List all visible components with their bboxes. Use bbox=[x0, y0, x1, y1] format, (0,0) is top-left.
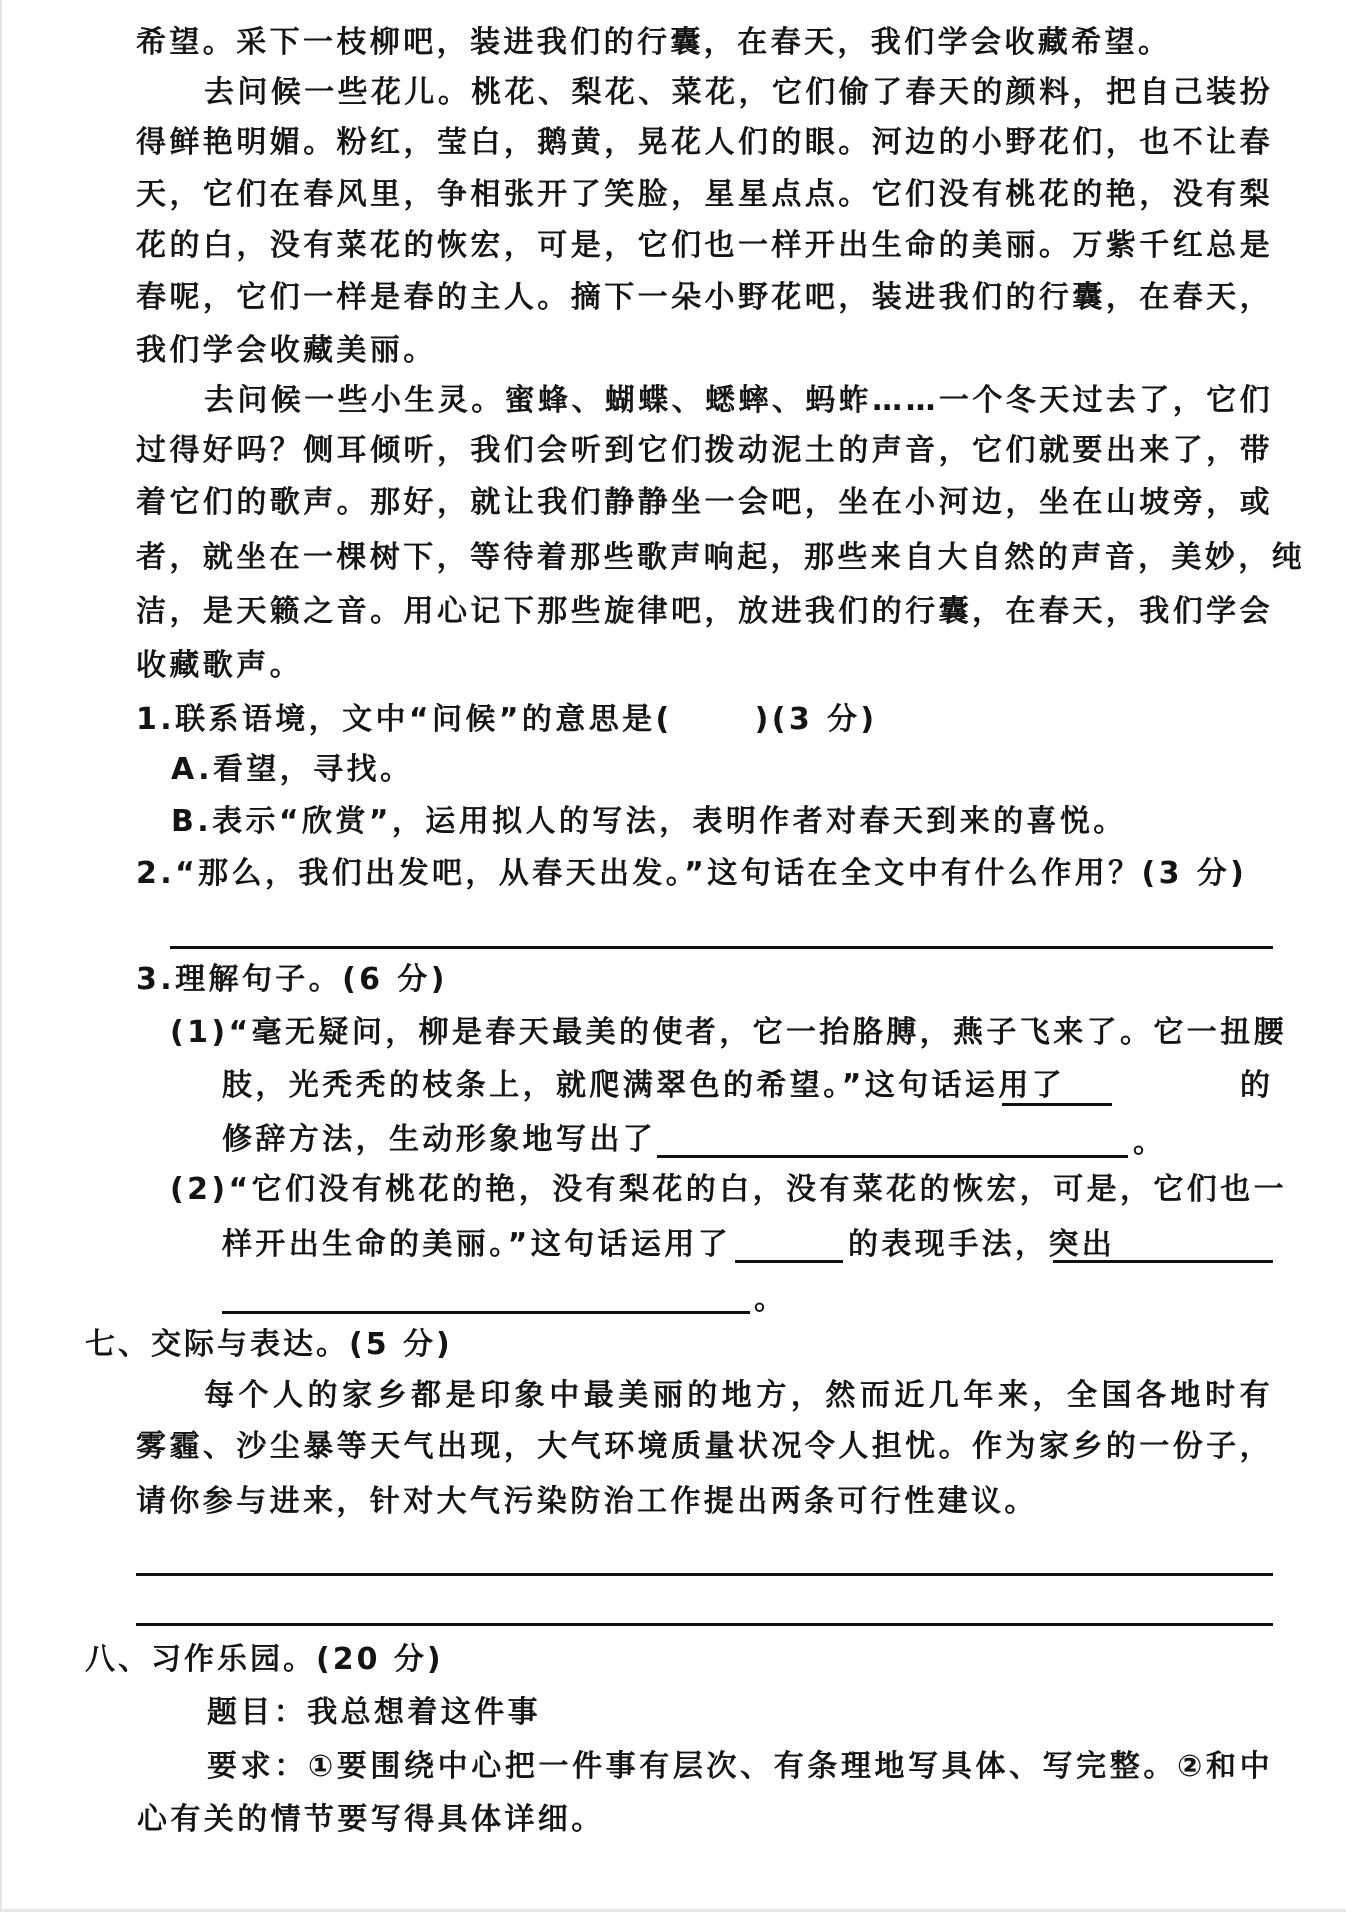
answer-line[interactable] bbox=[136, 1623, 1273, 1626]
question-1-text: 1.联系语境，文中“问候”的意思是( bbox=[136, 702, 673, 737]
question-3-sub2-period: 。 bbox=[754, 1282, 787, 1318]
question-3-sub1-text: 的 bbox=[1240, 1068, 1273, 1104]
question-3-sub2-line: (2)“它们没有桃花的艳，没有梨花的白，没有菜花的恢宏，可是，它们也一 bbox=[170, 1172, 1273, 1208]
question-3-sub1-period: 。 bbox=[1133, 1125, 1166, 1161]
passage-line: 花的白，没有菜花的恢宏，可是，它们也一样开出生命的美丽。万紫千红总是 bbox=[136, 228, 1273, 264]
question-3-sub1-line: 肢，光秃秃的枝条上，就爬满翠色的希望。”这句话运用了 bbox=[222, 1068, 1065, 1104]
passage-line: 过得好吗？侧耳倾听，我们会听到它们拨动泥土的声音，它们就要出来了，带 bbox=[136, 433, 1273, 469]
section-7-body-line: 雾霾、沙尘暴等天气出现，大气环境质量状况令人担忧。作为家乡的一份子， bbox=[136, 1429, 1273, 1465]
passage-line: 春呢，它们一样是春的主人。摘下一朵小野花吧，装进我们的行囊，在春天， bbox=[136, 280, 1273, 316]
section-7-body-line: 每个人的家乡都是印象中最美丽的地方，然而近几年来，全国各地时有 bbox=[204, 1378, 1273, 1414]
answer-line[interactable] bbox=[170, 946, 1273, 949]
question-3-stem: 3.理解句子。(6 分) bbox=[136, 962, 448, 998]
passage-line: 去问候一些花儿。桃花、梨花、菜花，它们偷了春天的颜料，把自己装扮 bbox=[204, 75, 1273, 111]
passage-line: 我们学会收藏美丽。 bbox=[136, 333, 437, 369]
passage-line: 得鲜艳明媚。粉红，莹白，鹅黄，晃花人们的眼。河边的小野花们，也不让春 bbox=[136, 125, 1273, 161]
page-border-left bbox=[0, 0, 2, 1912]
essay-title: 题目：我总想着这件事 bbox=[207, 1695, 541, 1731]
answer-line[interactable] bbox=[136, 1573, 1273, 1576]
passage-line: 收藏歌声。 bbox=[136, 648, 303, 684]
passage-line: 去问候一些小生灵。蜜蜂、蝴蝶、蟋蟀、蚂蚱……一个冬天过去了，它们 bbox=[204, 383, 1273, 419]
question-3-sub1-line: 修辞方法，生动形象地写出了 bbox=[222, 1122, 656, 1158]
passage-line: 着它们的歌声。那好，就让我们静静坐一会吧，坐在小河边，坐在山坡旁，或 bbox=[136, 485, 1273, 521]
passage-line: 希望。采下一枝柳吧，装进我们的行囊，在春天，我们学会收藏希望。 bbox=[136, 25, 1171, 61]
essay-requirement-line: 要求：①要围绕中心把一件事有层次、有条理地写具体、写完整。②和中 bbox=[207, 1749, 1273, 1785]
answer-blank[interactable] bbox=[1053, 1260, 1273, 1263]
essay-requirement-line: 心有关的情节要写得具体详细。 bbox=[137, 1802, 605, 1838]
answer-blank[interactable] bbox=[657, 1155, 1128, 1158]
passage-line: 者，就坐在一棵树下，等待着那些歌声响起，那些来自大自然的声音，美妙，纯 bbox=[136, 540, 1273, 576]
question-3-sub2-line: 样开出生命的美丽。”这句话运用了 bbox=[222, 1227, 731, 1263]
question-1-score: )(3 分) bbox=[755, 702, 878, 737]
section-8-heading: 八、习作乐园。(20 分) bbox=[85, 1642, 444, 1678]
option-b: B.表示“欣赏”，运用拟人的写法，表明作者对春天到来的喜悦。 bbox=[171, 804, 1127, 840]
answer-blank[interactable] bbox=[1002, 1103, 1112, 1106]
answer-blank[interactable] bbox=[222, 1311, 750, 1314]
answer-blank[interactable] bbox=[735, 1260, 843, 1263]
question-2-stem: 2.“那么，我们出发吧，从春天出发。”这句话在全文中有什么作用？(3 分) bbox=[136, 856, 1247, 892]
question-3-sub2-text: 的表现手法，突出 bbox=[848, 1227, 1115, 1263]
passage-line: 天，它们在春风里，争相张开了笑脸，星星点点。它们没有桃花的艳，没有梨 bbox=[136, 177, 1273, 213]
option-a: A.看望，寻找。 bbox=[171, 752, 413, 788]
passage-line: 洁，是天籁之音。用心记下那些旋律吧，放进我们的行囊，在春天，我们学会 bbox=[136, 594, 1273, 630]
question-1-stem: 1.联系语境，文中“问候”的意思是()(3 分) bbox=[136, 702, 877, 738]
question-3-sub1-line: (1)“毫无疑问，柳是春天最美的使者，它一抬胳膊，燕子飞来了。它一扭腰 bbox=[170, 1015, 1273, 1051]
section-7-body-line: 请你参与进来，针对大气污染防治工作提出两条可行性建议。 bbox=[136, 1484, 1038, 1520]
section-7-heading: 七、交际与表达。(5 分) bbox=[85, 1327, 453, 1363]
